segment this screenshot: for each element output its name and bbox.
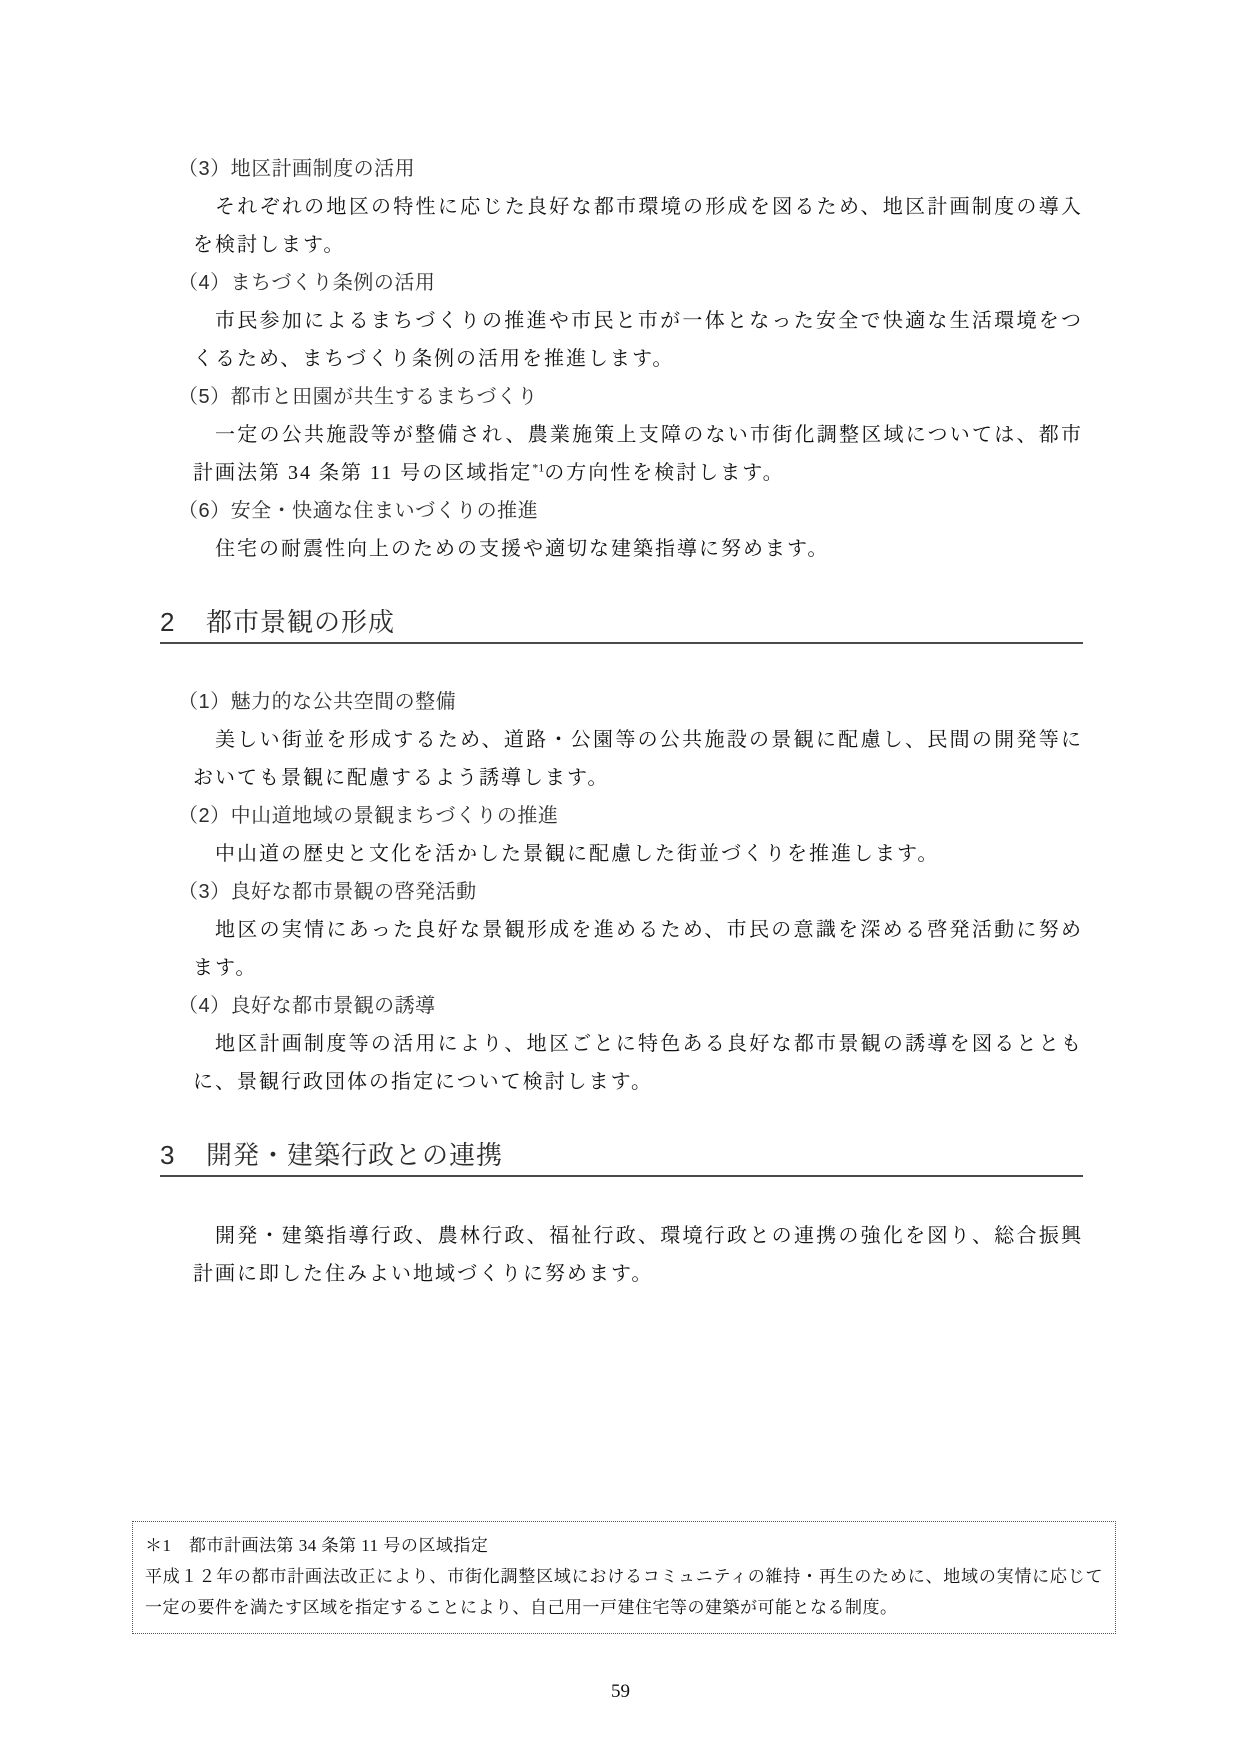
- item-heading-2-2: （2）中山道地域の景観まちづくりの推進: [178, 797, 1083, 835]
- section-2-heading: 2都市景観の形成: [160, 603, 1083, 644]
- item-heading-2-1: （1）魅力的な公共空間の整備: [178, 683, 1083, 721]
- item-body-1-3: それぞれの地区の特性に応じた良好な都市環境の形成を図るため、地区計画制度の導入を…: [193, 188, 1083, 264]
- body-text: の方向性を検討します。: [544, 462, 784, 484]
- item-body-2-2: 中山道の歴史と文化を活かした景観に配慮した街並づくりを推進します。: [193, 835, 1083, 873]
- section-1-continuation: （3）地区計画制度の活用 それぞれの地区の特性に応じた良好な都市環境の形成を図る…: [178, 150, 1083, 568]
- list-item: （2）中山道地域の景観まちづくりの推進 中山道の歴史と文化を活かした景観に配慮し…: [178, 797, 1083, 873]
- document-page: （3）地区計画制度の活用 それぞれの地区の特性に応じた良好な都市環境の形成を図る…: [0, 0, 1241, 1755]
- list-item: （5）都市と田園が共生するまちづくり 一定の公共施設等が整備され、農業施策上支障…: [178, 378, 1083, 492]
- list-item: （3）地区計画制度の活用 それぞれの地区の特性に応じた良好な都市環境の形成を図る…: [178, 150, 1083, 264]
- section-title: 開発・建築行政との連携: [206, 1140, 503, 1170]
- section-title: 都市景観の形成: [206, 607, 395, 637]
- list-item: （3）良好な都市景観の啓発活動 地区の実情にあった良好な景観形成を進めるため、市…: [178, 873, 1083, 987]
- section-number: 2: [160, 607, 186, 637]
- section-number: 3: [160, 1140, 186, 1170]
- footnote-body: 平成１２年の都市計画法改正により、市街化調整区域におけるコミュニティの維持・再生…: [145, 1561, 1103, 1623]
- item-heading-1-3: （3）地区計画制度の活用: [178, 150, 1083, 188]
- footnote-reference: *1: [532, 460, 544, 474]
- list-item: （4）まちづくり条例の活用 市民参加によるまちづくりの推進や市民と市が一体となっ…: [178, 264, 1083, 378]
- item-body-1-6: 住宅の耐震性向上のための支援や適切な建築指導に努めます。: [193, 530, 1083, 568]
- item-heading-2-3: （3）良好な都市景観の啓発活動: [178, 873, 1083, 911]
- page-content: （3）地区計画制度の活用 それぞれの地区の特性に応じた良好な都市環境の形成を図る…: [0, 0, 1241, 1293]
- item-body-2-3: 地区の実情にあった良好な景観形成を進めるため、市民の意識を深める啓発活動に努めま…: [193, 911, 1083, 987]
- page-number: 59: [0, 1681, 1241, 1703]
- list-item: （1）魅力的な公共空間の整備 美しい街並を形成するため、道路・公園等の公共施設の…: [178, 683, 1083, 797]
- footnote-box: ＊1 都市計画法第 34 条第 11 号の区域指定 平成１２年の都市計画法改正に…: [132, 1521, 1116, 1634]
- item-body-1-4: 市民参加によるまちづくりの推進や市民と市が一体となった安全で快適な生活環境をつく…: [193, 302, 1083, 378]
- item-body-2-1: 美しい街並を形成するため、道路・公園等の公共施設の景観に配慮し、民間の開発等にお…: [193, 721, 1083, 797]
- section-2-body: （1）魅力的な公共空間の整備 美しい街並を形成するため、道路・公園等の公共施設の…: [178, 683, 1083, 1101]
- item-heading-1-5: （5）都市と田園が共生するまちづくり: [178, 378, 1083, 416]
- footnote-title: ＊1 都市計画法第 34 条第 11 号の区域指定: [145, 1530, 1103, 1561]
- item-heading-2-4: （4）良好な都市景観の誘導: [178, 987, 1083, 1025]
- section-3-heading: 3開発・建築行政との連携: [160, 1136, 1083, 1177]
- section-3-paragraph: 開発・建築指導行政、農林行政、福祉行政、環境行政との連携の強化を図り、総合振興計…: [193, 1217, 1083, 1293]
- item-heading-1-4: （4）まちづくり条例の活用: [178, 264, 1083, 302]
- item-body-1-5: 一定の公共施設等が整備され、農業施策上支障のない市街化調整区域については、都市計…: [193, 416, 1083, 492]
- item-heading-1-6: （6）安全・快適な住まいづくりの推進: [178, 492, 1083, 530]
- list-item: （6）安全・快適な住まいづくりの推進 住宅の耐震性向上のための支援や適切な建築指…: [178, 492, 1083, 568]
- item-body-2-4: 地区計画制度等の活用により、地区ごとに特色ある良好な都市景観の誘導を図るとともに…: [193, 1025, 1083, 1101]
- list-item: （4）良好な都市景観の誘導 地区計画制度等の活用により、地区ごとに特色ある良好な…: [178, 987, 1083, 1101]
